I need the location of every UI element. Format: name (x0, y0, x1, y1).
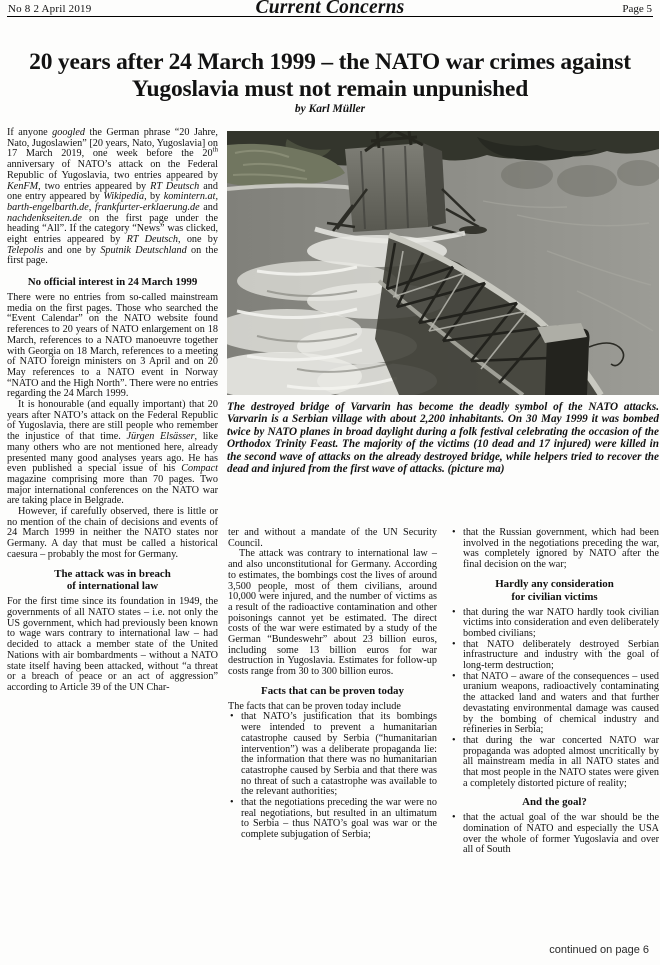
newspaper-page: No 8 2 April 2019 Current Concerns Page … (0, 0, 660, 965)
section-heading: Facts that can be proven today (228, 685, 437, 698)
bullet-item: that during the war NATO hardly took civ… (450, 608, 659, 640)
paragraph: ter and without a mandate of the UN Secu… (228, 528, 437, 549)
bridge-photo-illustration (227, 131, 659, 395)
bullet-item: that the Russian government, which had b… (450, 528, 659, 571)
paragraph: For the first time since its foundation … (7, 597, 218, 693)
varvarin-bridge-photo (227, 131, 659, 395)
masthead-title: Current Concerns (7, 0, 653, 19)
paragraph: The attack was contrary to international… (228, 549, 437, 677)
column-right: that the Russian government, which had b… (450, 528, 659, 856)
section-heading: Hardly any considerationfor civilian vic… (450, 578, 659, 604)
page-number: Page 5 (622, 3, 652, 15)
bullet-item: that the actual goal of the war should b… (450, 813, 659, 856)
bullet-item: that NATO’s justification that its bombi… (228, 712, 437, 798)
paragraph: However, if carefully observed, there is… (7, 507, 218, 561)
page-header: No 8 2 April 2019 Current Concerns Page … (7, 2, 653, 17)
bullet-item: that NATO – aware of the consequences – … (450, 672, 659, 736)
article-byline: by Karl Müller (0, 103, 660, 115)
bullet-item: that during the war concerted NATO war p… (450, 736, 659, 790)
column-left: If anyone googled the German phrase “20 … (7, 128, 218, 694)
bullet-item: that NATO deliberately destroyed Serbian… (450, 640, 659, 672)
paragraph: If anyone googled the German phrase “20 … (7, 128, 218, 267)
bullet-item: that the negotiations preceding the war … (228, 798, 437, 841)
section-heading: The attack was in breachof international… (7, 568, 218, 594)
article-headline: 20 years after 24 March 1999 – the NATO … (12, 49, 648, 103)
column-middle: ter and without a mandate of the UN Secu… (228, 528, 437, 841)
paragraph: It is honourable (and equally important)… (7, 400, 218, 507)
section-heading: And the goal? (450, 796, 659, 809)
photo-caption: The destroyed bridge of Varvarin has bec… (227, 401, 659, 475)
section-heading: No official interest in 24 March 1999 (7, 276, 218, 289)
continued-note: continued on page 6 (549, 944, 649, 956)
paragraph: There were no entries from so-called mai… (7, 293, 218, 400)
